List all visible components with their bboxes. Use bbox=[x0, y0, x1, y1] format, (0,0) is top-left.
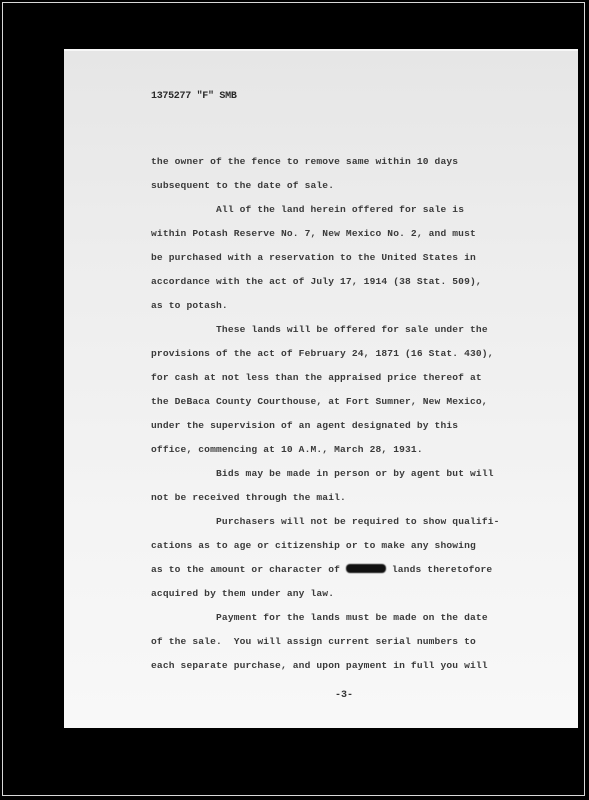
text-line: for cash at not less than the appraised … bbox=[151, 372, 482, 383]
text-segment: as to the amount or character of bbox=[151, 564, 346, 575]
text-line: accordance with the act of July 17, 1914… bbox=[151, 276, 482, 287]
text-line: be purchased with a reservation to the U… bbox=[151, 252, 476, 263]
text-line: office, commencing at 10 A.M., March 28,… bbox=[151, 444, 423, 455]
text-line: of the sale. You will assign current ser… bbox=[151, 636, 476, 647]
text-line: subsequent to the date of sale. bbox=[151, 180, 334, 191]
page-number: -3- bbox=[335, 690, 353, 701]
text-segment: lands theretofore bbox=[386, 564, 492, 575]
text-line: Bids may be made in person or by agent b… bbox=[216, 468, 494, 479]
text-line: not be received through the mail. bbox=[151, 492, 346, 503]
text-line: cations as to age or citizenship or to m… bbox=[151, 540, 476, 551]
text-line: the DeBaca County Courthouse, at Fort Su… bbox=[151, 396, 488, 407]
text-line: within Potash Reserve No. 7, New Mexico … bbox=[151, 228, 476, 239]
text-line: These lands will be offered for sale und… bbox=[216, 324, 488, 335]
text-line: Purchasers will not be required to show … bbox=[216, 516, 500, 527]
text-line: the owner of the fence to remove same wi… bbox=[151, 156, 458, 167]
document-reference-id: 1375277 "F" SMB bbox=[151, 91, 237, 102]
text-line: provisions of the act of February 24, 18… bbox=[151, 348, 494, 359]
text-line: Payment for the lands must be made on th… bbox=[216, 612, 488, 623]
text-line: as to potash. bbox=[151, 300, 228, 311]
text-line: as to the amount or character of lands t… bbox=[151, 564, 492, 575]
text-line: each separate purchase, and upon payment… bbox=[151, 660, 488, 671]
document-page bbox=[64, 49, 578, 728]
text-line: under the supervision of an agent design… bbox=[151, 420, 458, 431]
text-line: All of the land herein offered for sale … bbox=[216, 204, 464, 215]
redaction-mark bbox=[346, 564, 386, 573]
text-line: acquired by them under any law. bbox=[151, 588, 334, 599]
